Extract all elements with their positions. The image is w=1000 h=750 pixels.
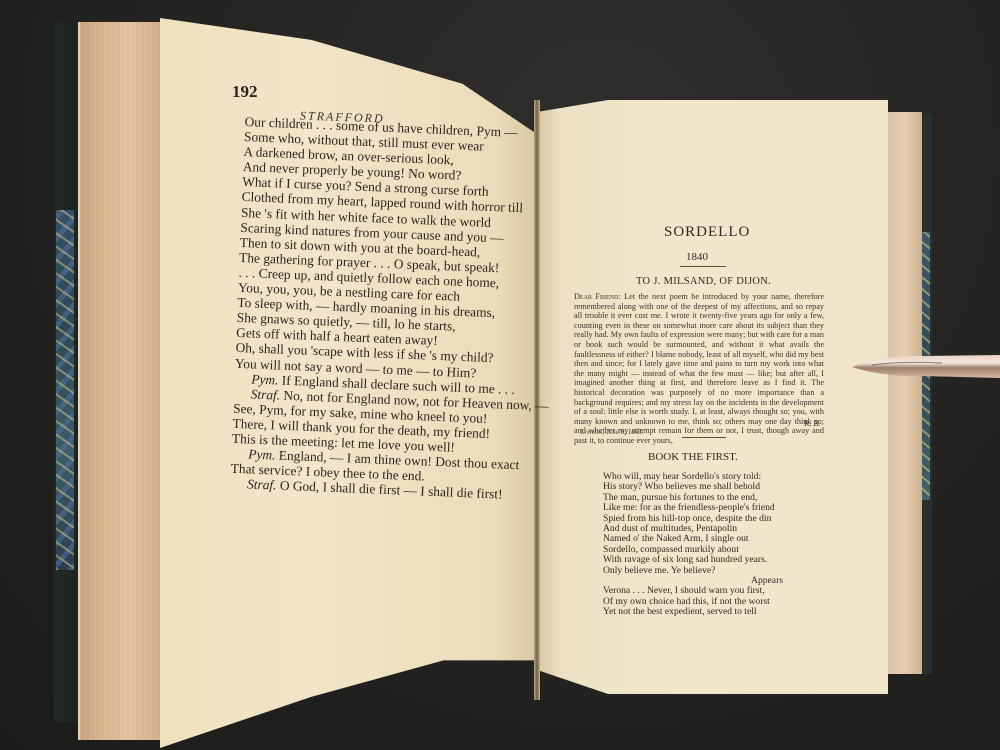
- right-page-block-edge: [886, 112, 922, 674]
- speaker-name: Pym.: [251, 371, 282, 387]
- letter-body: Let the next poem be introduced by your …: [574, 292, 824, 445]
- poem-year: 1840: [686, 251, 708, 263]
- pen-nib-icon: [852, 351, 1000, 381]
- left-page-verse: Our children . . . some of us have child…: [230, 114, 515, 502]
- letter-date: June 9, 1863.: [606, 428, 644, 436]
- poem-verse: Who will, may hear Sordello's story told…: [603, 472, 813, 618]
- speaker-name: Straf.: [250, 386, 283, 402]
- divider-rule: [680, 266, 726, 267]
- left-page-block-edge: [78, 22, 164, 740]
- left-marbled-edge: [56, 210, 74, 570]
- speaker-name: Straf.: [247, 477, 280, 493]
- letter-place: London,: [580, 428, 604, 436]
- letter-dateline: London, June 9, 1863.: [580, 428, 643, 436]
- poem-title: SORDELLO: [664, 224, 750, 241]
- poem-line: Yet not the best expedient, served to te…: [603, 607, 813, 617]
- signature: R. B.: [804, 419, 821, 428]
- speaker-name: Pym.: [248, 446, 279, 462]
- page-number: 192: [232, 82, 258, 102]
- book-heading: BOOK THE FIRST.: [648, 451, 738, 463]
- dedication: TO J. MILSAND, OF DIJON.: [636, 276, 771, 287]
- salutation: Dear Friend:: [574, 292, 621, 301]
- dedication-letter: Dear Friend: Let the next poem be introd…: [574, 292, 824, 446]
- book-photo: 192 STRAFFORD Our children . . . some of…: [0, 0, 1000, 750]
- divider-rule: [682, 437, 726, 438]
